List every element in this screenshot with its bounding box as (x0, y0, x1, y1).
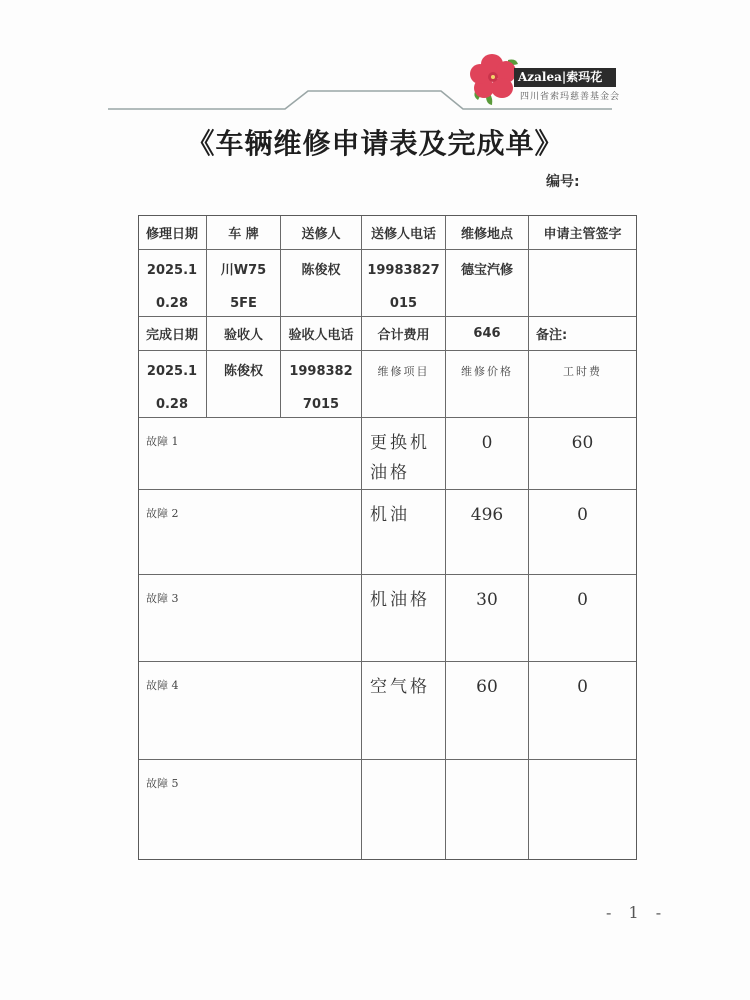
fault-3-item[interactable]: 机油格 (362, 575, 446, 662)
fault-2-labor[interactable]: 0 (529, 490, 637, 575)
header-repair-item: 维修项目 (362, 351, 446, 418)
header-sender: 送修人 (281, 215, 362, 250)
fault-3-description[interactable]: 故障 3 (138, 575, 362, 662)
completion-date-value[interactable]: 2025.10.28 (138, 351, 207, 418)
fault-5-price[interactable] (446, 760, 529, 860)
sender-phone-value[interactable]: 19983827015 (362, 250, 446, 317)
header-supervisor-signature: 申请主管签字 (529, 215, 637, 250)
fault-2-price[interactable]: 496 (446, 490, 529, 575)
fault-2-description[interactable]: 故障 2 (138, 490, 362, 575)
acceptor-phone-value[interactable]: 19983827015 (281, 351, 362, 418)
fault-1-labor[interactable]: 60 (529, 418, 637, 490)
header-acceptor: 验收人 (207, 317, 281, 351)
fault-5-description[interactable]: 故障 5 (138, 760, 362, 860)
header-repair-price: 维修价格 (446, 351, 529, 418)
acceptor-value[interactable]: 陈俊权 (207, 351, 281, 418)
header-total-cost: 合计费用 (362, 317, 446, 351)
header-labor-fee: 工时费 (529, 351, 637, 418)
location-value[interactable]: 德宝汽修 (446, 250, 529, 317)
header-location: 维修地点 (446, 215, 529, 250)
repair-date-value[interactable]: 2025.10.28 (138, 250, 207, 317)
total-cost-value[interactable]: 646 (446, 317, 529, 351)
fault-2-item[interactable]: 机油 (362, 490, 446, 575)
foundation-logo: Azalea|索玛花 四川省索玛慈善基金会 (468, 50, 648, 106)
fault-4-item[interactable]: 空气格 (362, 662, 446, 760)
fault-4-labor[interactable]: 0 (529, 662, 637, 760)
page-number: - 1 - (606, 903, 667, 922)
serial-number-label: 编号: (546, 171, 580, 191)
fault-1-price[interactable]: 0 (446, 418, 529, 490)
repair-form-table: 修理日期 车 牌 送修人 送修人电话 维修地点 申请主管签字 2025.10.2… (138, 215, 637, 860)
fault-4-price[interactable]: 60 (446, 662, 529, 760)
logo-org-name: 四川省索玛慈善基金会 (520, 89, 620, 102)
fault-1-item[interactable]: 更换机油格 (362, 418, 446, 490)
remark-label: 备注: (529, 317, 637, 351)
document-title: 《车辆维修申请表及完成单》 (0, 122, 750, 162)
fault-5-item[interactable] (362, 760, 446, 860)
fault-3-labor[interactable]: 0 (529, 575, 637, 662)
logo-brand-text: Azalea|索玛花 (514, 68, 616, 87)
header-completion-date: 完成日期 (138, 317, 207, 351)
header-repair-date: 修理日期 (138, 215, 207, 250)
fault-3-price[interactable]: 30 (446, 575, 529, 662)
header-acceptor-phone: 验收人电话 (281, 317, 362, 351)
plate-value[interactable]: 川W755FE (207, 250, 281, 317)
supervisor-signature-field[interactable] (529, 250, 637, 317)
header-plate: 车 牌 (207, 215, 281, 250)
fault-1-description[interactable]: 故障 1 (138, 418, 362, 490)
header-sender-phone: 送修人电话 (362, 215, 446, 250)
fault-5-labor[interactable] (529, 760, 637, 860)
fault-4-description[interactable]: 故障 4 (138, 662, 362, 760)
sender-value[interactable]: 陈俊权 (281, 250, 362, 317)
